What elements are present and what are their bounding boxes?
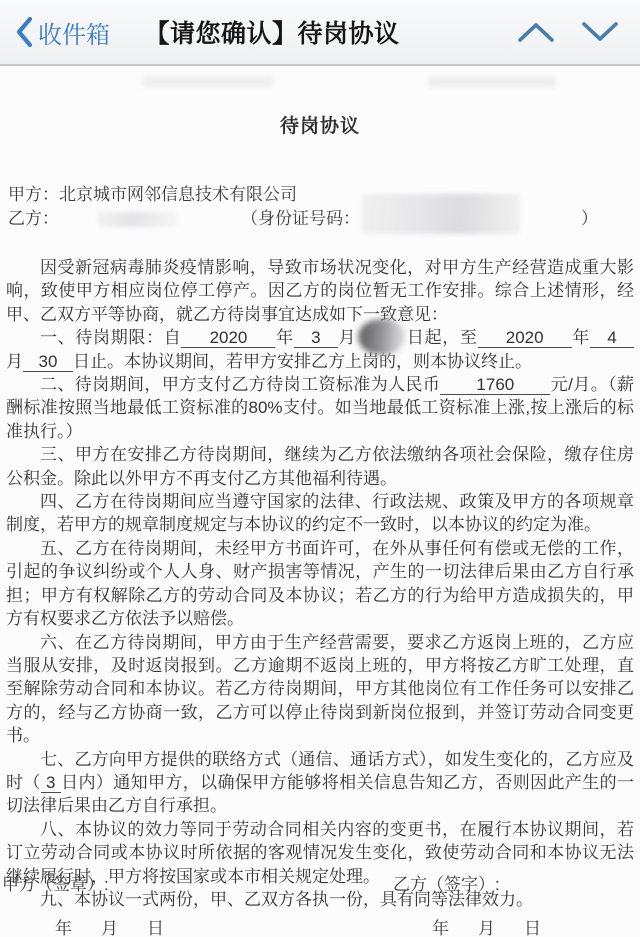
start-month-blank: 3 [294,329,338,348]
party-a-signature-label: 甲方（签章）: [2,870,109,895]
back-to-inbox-button[interactable]: 收件箱 [16,15,110,50]
party-b-name-redaction [97,212,177,227]
header-blur-redaction [142,76,274,88]
party-a-name: 北京城市网邻信息技术有限公司 [59,185,297,204]
document-title: 待岗协议 [0,111,640,138]
header-blur-redaction [428,76,556,88]
next-message-icon[interactable] [580,20,620,44]
clause-3: 三、甲方在安排乙方待岗期间，继续为乙方依法缴纳各项社会保险，缴存住房公积金。除此… [6,443,634,490]
previous-message-icon[interactable] [516,20,556,44]
party-b-label: 乙方： [8,207,59,231]
mail-app-window: 收件箱 【请您确认】待岗协议 待岗协议 甲方：北京城市网邻信息技术有限公司 乙方… [0,0,640,937]
clause-1-text: 月 [6,352,23,371]
clause-1-text: 日止。本协议期间，若甲方安排乙方上岗的，则本协议终止。 [73,352,532,371]
clause-1-text: 年 [572,328,590,347]
party-a-label: 甲方： [8,185,59,204]
email-subject-title: 【请您确认】待岗协议 [144,14,399,50]
clause-2: 二、待岗期间，甲方支付乙方待岗工资标准为人民币1760元/月。（薪酬标准按照当地… [6,373,634,443]
party-b-date-line: 年 月 日 [432,914,547,937]
clause-1-text: 月 [338,328,356,347]
end-day-blank: 30 [23,353,73,372]
message-navigation [516,20,624,44]
id-paren-close: ） [581,207,598,231]
clause-1-text: 日起，至 [406,328,477,347]
agreement-body: 因受新冠病毒肺炎疫情影响，导致市场状况变化，对甲方生产经营造成重大影响，致使甲方… [0,256,640,911]
clause-5: 五、乙方在待岗期间，未经甲方书面许可，在外从事任何有偿或无偿的工作，引起的争议纠… [6,537,634,631]
clause-7: 七、乙方向甲方提供的联络方式（通信、通话方式），如发生变化的，乙方应及时（3日内… [6,748,634,818]
back-label: 收件箱 [38,15,110,50]
clause-1-text: 年 [275,328,293,347]
end-year-blank: 2020 [478,329,572,348]
back-chevron-icon [16,16,33,48]
parties-section: 甲方：北京城市网邻信息技术有限公司 乙方： （身份证号码： ） [0,183,640,231]
notice-days-blank: 3 [41,774,61,793]
intro-paragraph: 因受新冠病毒肺炎疫情影响，导致市场状况变化，对甲方生产经营造成重大影响，致使甲方… [6,256,634,326]
party-b-signature-label: 乙方（签字）: [393,870,500,895]
end-month-blank: 4 [590,329,634,348]
clause-7-text: 日内）通知甲方，以确保甲方能够将相关信息告知乙方，否则因此产生的一切法律后果由乙… [6,773,634,815]
party-a-date-line: 年 月 日 [55,914,170,937]
party-b-line: 乙方： （身份证号码： ） [8,207,632,231]
start-year-blank: 2020 [181,329,275,348]
id-number-label: （身份证号码： [241,207,360,231]
start-day-redaction [358,319,404,355]
clause-2-text: 二、待岗期间，甲方支付乙方待岗工资标准为人民币 [40,375,440,394]
party-a-line: 甲方：北京城市网邻信息技术有限公司 [8,183,632,207]
salary-amount-blank: 1760 [440,376,550,395]
clause-6: 六、在乙方待岗期间，甲方由于生产经营需要，要求乙方返岗上班的，乙方应当服从安排，… [6,631,634,748]
clause-4: 四、乙方在待岗期间应当遵守国家的法律、行政法规、政策及甲方的各项规章制度，若甲方… [6,490,634,537]
clause-1-text: 一、待岗期限：自 [40,328,181,347]
mail-navbar: 收件箱 【请您确认】待岗协议 [0,0,640,66]
id-number-redaction [362,194,520,234]
clause-1: 一、待岗期限：自2020年3月日起，至2020年4月30日止。本协议期间，若甲方… [6,326,634,373]
